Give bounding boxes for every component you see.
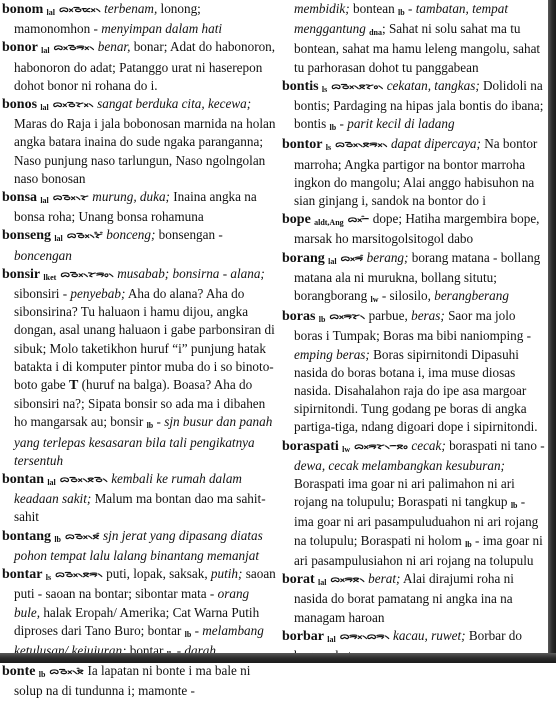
right-column: membidik; bontean lb - tambatan, tempat … — [282, 0, 546, 663]
definition-italic: putih; — [211, 566, 243, 581]
batak-script: ᯅᯬᯉ᯲ᯘᯩᯰ — [67, 231, 103, 241]
definition-italic: benar, — [98, 39, 131, 54]
definition-text: dope; Hatiha margembira bope, marsak ho … — [294, 211, 539, 246]
word-class-tag: lal — [47, 8, 55, 17]
word-class-tag: lal — [328, 257, 336, 266]
definition-text: bontean — [350, 1, 398, 16]
batak-script: ᯅᯬᯉ᯲ᯖᯰ — [65, 532, 99, 542]
definition-text: puti, lopak, saksak, — [106, 566, 211, 581]
definition-italic: kacau, ruwet; — [393, 628, 466, 643]
definition-italic: emping beras; — [294, 347, 370, 362]
word-class-tag: lket — [43, 273, 56, 282]
definition-text: - — [336, 116, 347, 131]
headword: bonor — [2, 40, 38, 55]
word-class-tag: lb — [398, 8, 405, 17]
word-class-tag: lb — [319, 315, 326, 324]
definition-italic: cecak; — [411, 438, 445, 453]
dictionary-entry: borang lalᯅᯬᯒᯰberang; borang matana - bo… — [282, 249, 546, 308]
dictionary-entry: boras lbᯅᯬᯒᯘ᯲parbue, beras; Saor ma jolo… — [282, 307, 546, 436]
headword: boraspati — [282, 439, 339, 454]
word-class-tag: dna — [369, 28, 382, 37]
headword: bonseng — [2, 228, 51, 243]
headword: bontis — [282, 79, 319, 94]
definition-bold: T — [69, 378, 78, 393]
batak-script: ᯅᯬᯉ᯲ᯖᯬᯒ᯲ — [335, 140, 387, 150]
dictionary-entry: borat lalᯅᯬᯒᯖ᯲berat; Alai dirajumi roha … — [282, 570, 546, 627]
word-class-tag: ls — [326, 143, 331, 152]
definition-italic: dewa, cecak melambangkan kesuburan; — [294, 458, 505, 473]
batak-script: ᯅᯬᯒ᯲ᯅᯒ᯲ — [340, 632, 389, 642]
word-class-tag: lal — [318, 578, 326, 587]
dictionary-entry: bontang lbᯅᯬᯉ᯲ᯖᯰsjn jerat yang dipasang … — [2, 527, 278, 565]
dictionary-entry: boraspati lwᯅᯬᯒᯘ᯲ᯇᯖᯪcecak; boraspati ni … — [282, 437, 546, 570]
definition-italic: berangberang — [434, 288, 509, 303]
headword: bontar — [2, 567, 42, 582]
dictionary-entry: bontor lsᯅᯬᯉ᯲ᯖᯬᯒ᯲dapat dipercaya; Na bon… — [282, 135, 546, 210]
batak-script: ᯅᯬᯒᯘ᯲ — [329, 312, 364, 322]
dictionary-entry: bonos lalᯅᯬᯉᯬᯘ᯲sangat berduka cita, kece… — [2, 95, 278, 188]
dictionary-entry: bonsir lketᯅᯬᯉ᯲ᯘᯪᯒ᯲musabab; bonsirna - a… — [2, 265, 278, 470]
dictionary-entry: bonor lalᯅᯬᯉᯬᯒ᯲benar, bonar; Adat do hab… — [2, 38, 278, 95]
headword: borang — [282, 251, 325, 266]
word-class-tag: lal — [40, 103, 48, 112]
batak-script: ᯅᯬᯒᯘ᯲ᯇᯖᯪ — [354, 442, 407, 452]
definition-italic: musabab; bonsirna - alana; — [117, 266, 265, 281]
definition-italic: menyimpan dalam hati — [101, 21, 222, 36]
headword: bonsa — [2, 190, 37, 205]
definition-text: sibonsiri - — [14, 286, 70, 301]
batak-script: ᯅᯬᯉ᯲ᯘᯪᯒ᯲ — [60, 270, 113, 280]
definition-text: - — [191, 623, 202, 638]
word-class-tag: lw — [371, 295, 379, 304]
dictionary-entry: bontis lsᯅᯬᯉ᯲ᯖᯪᯘ᯲cekatan, tangkas; Dolid… — [282, 77, 546, 136]
definition-italic: sjn jerat yang dipasang diatas pohon tem… — [14, 528, 263, 563]
definition-italic: berat; — [368, 571, 400, 586]
dictionary-entry: bontan lalᯅᯬᯉ᯲ᯖᯉ᯲kembali ke rumah dalam … — [2, 470, 278, 527]
definition-italic: bonceng; — [106, 227, 155, 242]
batak-script: ᯅᯬᯉᯬᯒ᯲ — [54, 43, 94, 53]
page-shadow-right — [548, 0, 556, 663]
word-class-tag: lb — [330, 123, 337, 132]
definition-text: parbue, — [369, 308, 411, 323]
definition-italic: sangat berduka cita, kecewa; — [97, 96, 251, 111]
word-class-tag: ls — [322, 85, 327, 94]
definition-text: boraspati ni tano - — [446, 438, 545, 453]
dictionary-entry: bonom lalᯅᯬᯉᯬᯔ᯲terbenam, lonong; mamonom… — [2, 0, 278, 38]
definition-text: Alai dirajumi roha ni nasida do borat pa… — [294, 571, 514, 624]
word-class-tag: lb — [185, 630, 192, 639]
headword: bope — [282, 212, 311, 227]
word-class-tag: lal — [54, 234, 62, 243]
definition-italic: berang; — [367, 250, 409, 265]
headword: borat — [282, 572, 315, 587]
dictionary-entry: bontar lsᯅᯬᯉ᯲ᯖᯒ᯲puti, lopak, saksak, put… — [2, 565, 278, 662]
batak-script: ᯅᯬᯉᯬᯔ᯲ — [59, 5, 100, 15]
definition-text: - — [153, 414, 164, 429]
word-class-tag: lw — [342, 445, 350, 454]
dictionary-entry: bonseng lalᯅᯬᯉ᯲ᯘᯩᯰbonceng; bonsengan - b… — [2, 226, 278, 264]
definition-italic: murung, duka; — [92, 189, 170, 204]
definition-italic: dapat dipercaya; — [391, 136, 481, 151]
definition-italic: boncengan — [14, 248, 72, 263]
headword: bonom — [2, 2, 43, 17]
headword: boras — [282, 309, 315, 324]
word-class-tag: lal — [40, 196, 48, 205]
headword: bonsir — [2, 267, 40, 282]
definition-italic: terbenam, — [104, 1, 157, 16]
word-class-tag: lal — [327, 635, 335, 644]
batak-script: ᯅᯬᯉ᯲ᯖᯪᯘ᯲ — [331, 82, 382, 92]
dictionary-entry: bonsa lalᯅᯬᯉ᯲ᯘmurung, duka; Inaina angka… — [2, 188, 278, 226]
dictionary-entry: bope aldt,Angᯅᯬᯇᯩdope; Hatiha margembira… — [282, 210, 546, 248]
batak-script: ᯅᯬᯒᯖ᯲ — [330, 575, 364, 585]
headword: borbar — [282, 629, 324, 644]
definition-italic: penyebab; — [70, 286, 125, 301]
headword: bontor — [282, 137, 322, 152]
definition-italic: membidik; — [294, 1, 350, 16]
definition-italic: parit kecil di ladang — [347, 116, 454, 131]
word-class-tag: lb — [54, 535, 61, 544]
dictionary-page: bonom lalᯅᯬᯉᯬᯔ᯲terbenam, lonong; mamonom… — [0, 0, 548, 653]
definition-italic: beras; — [411, 308, 445, 323]
definition-text: - silosilo, — [379, 288, 435, 303]
word-class-tag: lal — [47, 478, 55, 487]
page-shadow-bottom — [0, 653, 556, 663]
left-column: bonom lalᯅᯬᯉᯬᯔ᯲terbenam, lonong; mamonom… — [2, 0, 278, 663]
batak-script: ᯅᯬᯉᯬᯘ᯲ — [53, 100, 93, 110]
word-class-tag: lb — [511, 501, 518, 510]
word-class-tag: lal — [41, 46, 49, 55]
batak-script: ᯅᯬᯉ᯲ᯖᯒ᯲ — [55, 570, 102, 580]
batak-script: ᯅᯬᯒᯰ — [341, 254, 363, 264]
batak-script: ᯅᯬᯉ᯲ᯖᯉ᯲ — [60, 475, 107, 485]
headword: bontan — [2, 472, 44, 487]
headword: bonos — [2, 97, 37, 112]
word-class-tag: aldt,Ang — [314, 218, 344, 227]
batak-script: ᯅᯬᯉ᯲ᯘ — [53, 193, 89, 203]
headword: bontang — [2, 529, 51, 544]
definition-text: Maras do Raja i jala bobonosan marnida n… — [14, 116, 275, 186]
word-class-tag: lb — [147, 421, 154, 430]
definition-italic: cekatan, tangkas; — [387, 78, 480, 93]
definition-text: Boraspati ima goar ni ari palimahon ni a… — [294, 476, 515, 509]
entry-continuation: membidik; bontean lb - tambatan, tempat … — [282, 0, 546, 77]
definition-text: - — [405, 1, 416, 16]
batak-script: ᯅᯬᯇᯩ — [348, 215, 369, 225]
word-class-tag: ls — [46, 573, 51, 582]
definition-text: bonsengan - — [155, 227, 222, 242]
word-class-tag: lb — [465, 540, 472, 549]
